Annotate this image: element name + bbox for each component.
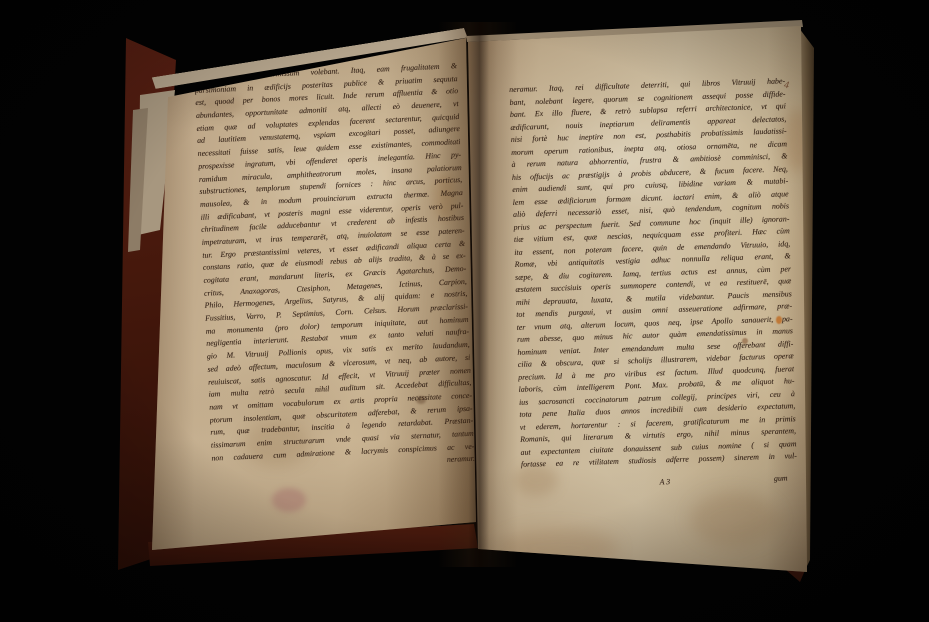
photograph-of-open-book: nihil vsquam prætermissum volebant. Itaq…	[0, 0, 929, 622]
right-page: 4 neramur. Itaq, rei difficultate deterr…	[462, 20, 817, 580]
left-page-text-block: nihil vsquam prætermissum volebant. Itaq…	[194, 60, 475, 478]
signature-mark: A 3	[659, 476, 670, 488]
left-page: nihil vsquam prætermissum volebant. Itaq…	[148, 36, 478, 552]
catchword: gum	[774, 472, 788, 484]
right-page-text-block: neramur. Itaq, rei difficultate deterrit…	[509, 75, 798, 492]
